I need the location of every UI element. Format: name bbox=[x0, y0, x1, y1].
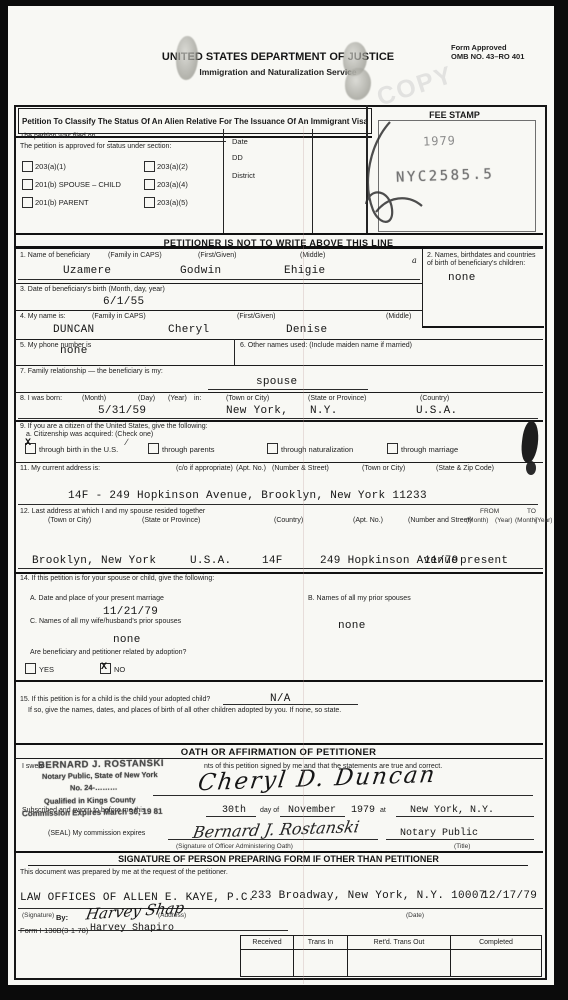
s15-top-border bbox=[14, 680, 543, 682]
checkbox-203a1 bbox=[22, 161, 33, 172]
subscribed-year: 1979 bbox=[351, 805, 375, 816]
routing-received-cell bbox=[241, 950, 294, 976]
checkbox-marriage bbox=[387, 443, 398, 454]
spouse-prior-spouses-value: none bbox=[113, 634, 141, 646]
zip-header: (State & Zip Code) bbox=[436, 465, 494, 472]
notary-stamp-line3: No. 24-……… bbox=[70, 783, 118, 793]
checkbox-203a4 bbox=[144, 179, 155, 190]
beneficiary-middle-value: Ehigie bbox=[284, 265, 325, 277]
form-title: Petition To Classify The Status Of An Al… bbox=[22, 117, 368, 126]
born-date-value: 5/31/59 bbox=[98, 405, 146, 417]
day-of-label: day of bbox=[260, 807, 279, 814]
checkbox-birth-us-label: through birth in the U.S. bbox=[39, 445, 118, 454]
checkbox-naturalization-label: through naturalization bbox=[281, 445, 353, 454]
beneficiary-given-header: (First/Given) bbox=[198, 252, 237, 259]
born-label: 8. I was born: bbox=[20, 395, 62, 402]
born-state-header: (State or Province) bbox=[308, 395, 366, 402]
citizen-label: 9. If you are a citizen of the United St… bbox=[20, 423, 208, 430]
officer-signature-line bbox=[168, 839, 378, 840]
current-address-value: 14F - 249 Hopkinson Avenue, Brooklyn, Ne… bbox=[68, 490, 427, 502]
agency-title: UNITED STATES DEPARTMENT OF JUSTICE bbox=[118, 51, 438, 63]
form-title-box: Petition To Classify The Status Of An Al… bbox=[18, 108, 372, 134]
notary-stamp-name: BERNARD J. ROSTANSKI bbox=[38, 758, 164, 771]
officer-title-caption: (Title) bbox=[454, 843, 470, 850]
from-year-header: (Year) bbox=[495, 517, 512, 524]
checkbox-203a5 bbox=[144, 197, 155, 208]
checkbox-203a4-label: 203(a)(4) bbox=[157, 180, 188, 189]
fee-stamp-year: 1979 bbox=[423, 133, 456, 148]
born-month-header: (Month) bbox=[82, 395, 106, 402]
checkbox-birth-us: X bbox=[25, 443, 36, 454]
beneficiary-family-value: Uzamere bbox=[63, 265, 111, 277]
s12-street-header: (Number and Street) bbox=[408, 517, 472, 524]
approved-under-label: The petition is approved for status unde… bbox=[20, 143, 171, 150]
born-city-header: (Town or City) bbox=[226, 395, 269, 402]
routing-completed-cell bbox=[451, 950, 541, 976]
s12-city-value: Brooklyn, New York bbox=[32, 555, 156, 567]
dd-label: DD bbox=[232, 153, 243, 162]
signature-caption: (Signature) bbox=[22, 912, 54, 919]
spouse-prior-spouses-label: C. Names of all my wife/husband's prior … bbox=[30, 618, 181, 625]
address-caption: (Address) bbox=[158, 912, 186, 919]
checkbox-203a2-label: 203(a)(2) bbox=[157, 162, 188, 171]
s12-country-value: U.S.A. bbox=[190, 555, 231, 567]
checkbox-marriage-label: through marriage bbox=[401, 445, 458, 454]
beneficiary-name-label: 1. Name of beneficiary bbox=[20, 252, 90, 259]
form-page: Form Approved OMB NO. 43–RO 401 UNITED S… bbox=[8, 6, 554, 985]
petition-filed-on-label: The petition was filed on bbox=[20, 133, 96, 140]
checkbox-through-parents-label: through parents bbox=[162, 445, 215, 454]
firm-address: 233 Broadway, New York, N.Y. 10007 bbox=[251, 890, 486, 902]
checkbox-201b-parent bbox=[22, 197, 33, 208]
petitioner-given-header: (First/Given) bbox=[237, 313, 276, 320]
checkbox-through-parents bbox=[148, 443, 159, 454]
petitioner-name-label: 4. My name is: bbox=[20, 313, 66, 320]
born-in-label: in: bbox=[194, 395, 201, 402]
born-city-value: New York, bbox=[226, 405, 288, 417]
petitioner-family-value: DUNCAN bbox=[53, 324, 94, 336]
beneficiary-family-header: (Family in CAPS) bbox=[108, 252, 162, 259]
phone-value: none bbox=[60, 345, 88, 357]
petitioner-middle-header: (Middle) bbox=[386, 313, 411, 320]
routing-table-empty-row bbox=[241, 950, 541, 976]
beneficiary-birthdate-label: 3. Date of beneficiary's birth (Month, d… bbox=[20, 286, 165, 293]
admin-divider-2 bbox=[312, 129, 313, 233]
checkbox-203a1-label: 203(a)(1) bbox=[35, 162, 66, 171]
routing-trans-out-header: Ret'd. Trans Out bbox=[348, 936, 451, 949]
preparer-statement: This document was prepared by me at the … bbox=[20, 869, 228, 876]
tick-mark: ∕ bbox=[126, 437, 128, 447]
children-label: 2. Names, birthdates and countries of bi… bbox=[427, 252, 539, 268]
subscribed-month: November bbox=[288, 805, 336, 816]
oath-title: OATH OR AFFIRMATION OF PETITIONER bbox=[14, 747, 543, 758]
preparation-date: 12/17/79 bbox=[482, 890, 537, 902]
omb-approval-block: Form Approved OMB NO. 43–RO 401 bbox=[451, 43, 546, 61]
s12-city-header: (Town or City) bbox=[48, 517, 91, 524]
s8-top-border bbox=[14, 392, 543, 393]
s5-top-border bbox=[14, 339, 543, 340]
subscribed-place: New York, N.Y. bbox=[410, 805, 494, 816]
marriage-date-value: 11/21/79 bbox=[103, 606, 158, 618]
checkbox-201b-spouse-child bbox=[22, 179, 33, 190]
co-header: (c/o if appropriate) bbox=[176, 465, 233, 472]
born-year-header: (Year) bbox=[168, 395, 187, 402]
admin-divider-1 bbox=[223, 129, 224, 233]
from-header: FROM bbox=[480, 508, 499, 515]
born-country-header: (Country) bbox=[420, 395, 449, 402]
stray-mark: a bbox=[412, 256, 417, 265]
s12-state-header: (State or Province) bbox=[142, 517, 200, 524]
beneficiary-birthdate-value: 6/1/55 bbox=[103, 296, 144, 308]
routing-received-header: Received bbox=[241, 936, 294, 949]
s12-apt-value: 14F bbox=[262, 555, 283, 567]
children-value: none bbox=[448, 272, 476, 284]
subscribed-day: 30th bbox=[222, 805, 246, 816]
routing-completed-header: Completed bbox=[451, 936, 541, 949]
routing-table-header-row: Received Trans In Ret'd. Trans Out Compl… bbox=[241, 936, 541, 950]
x-mark: X bbox=[25, 438, 31, 449]
scanned-document: Form Approved OMB NO. 43–RO 401 UNITED S… bbox=[0, 0, 568, 1000]
checkbox-naturalization bbox=[267, 443, 278, 454]
at-label: at bbox=[380, 807, 386, 814]
born-state-value: N.Y. bbox=[310, 405, 338, 417]
s7-top-border bbox=[14, 365, 543, 366]
petitioner-family-header: (Family in CAPS) bbox=[92, 313, 146, 320]
citizenship-acquired-label: a. Citizenship was acquired: (Check one) bbox=[26, 431, 153, 438]
preparer-title: SIGNATURE OF PERSON PREPARING FORM IF OT… bbox=[14, 854, 543, 864]
s3-top-border bbox=[14, 283, 422, 284]
adopted-child-instruction: If so, give the names, dates, and places… bbox=[28, 707, 341, 714]
routing-trans-out-cell bbox=[348, 950, 451, 976]
s1-answer-line bbox=[18, 279, 420, 280]
place-answer-line bbox=[396, 816, 534, 817]
street-header: (Number & Street) bbox=[272, 465, 329, 472]
s12-country-header: (Country) bbox=[274, 517, 303, 524]
to-year-header: (Year) bbox=[535, 517, 552, 524]
checkbox-203a5-label: 203(a)(5) bbox=[157, 198, 188, 207]
fee-stamp-code: NYC2585.5 bbox=[396, 166, 495, 185]
ink-blot-small bbox=[526, 461, 536, 475]
from-month-header: (Month) bbox=[466, 517, 488, 524]
officer-signature-caption: (Signature of Officer Administering Oath… bbox=[176, 843, 293, 850]
officer-title-value: Notary Public bbox=[400, 828, 478, 839]
petitioner-given-value: Cheryl bbox=[168, 324, 209, 336]
last-address-label: 12. Last address at which I and my spous… bbox=[20, 508, 205, 515]
s7-answer-line bbox=[208, 389, 368, 390]
form-number: Form I-130B(3-1-78) bbox=[20, 926, 88, 935]
oath-top-border bbox=[14, 743, 543, 745]
prior-spouses-value: none bbox=[338, 620, 366, 632]
date-label: Date bbox=[232, 137, 248, 146]
date-caption: (Date) bbox=[406, 912, 424, 919]
adoption-question: Are beneficiary and petitioner related b… bbox=[30, 649, 186, 656]
month-answer-line bbox=[280, 816, 345, 817]
apt-header: (Apt. No.) bbox=[236, 465, 266, 472]
agency-subtitle: Immigration and Naturalization Service bbox=[118, 67, 438, 77]
seal-commission-label: (SEAL) My commission expires bbox=[48, 830, 145, 837]
notary-stamp-line4: Qualified in Kings County bbox=[44, 795, 136, 806]
do-not-write-banner: PETITIONER IS NOT TO WRITE ABOVE THIS LI… bbox=[14, 233, 543, 249]
current-address-label: 11. My current address is: bbox=[20, 465, 100, 472]
preparer-top-border bbox=[14, 851, 543, 853]
by-label: By: bbox=[56, 913, 68, 922]
s12-from-value: 11/79 bbox=[424, 555, 459, 567]
form-approved-text: Form Approved bbox=[451, 43, 546, 52]
other-names-label: 6. Other names used: (Include maiden nam… bbox=[240, 342, 412, 349]
prior-spouses-label: B. Names of all my prior spouses bbox=[308, 595, 411, 602]
fold-line bbox=[303, 126, 304, 984]
s9-top-border bbox=[14, 420, 543, 422]
checkbox-adoption-no: X bbox=[100, 663, 111, 674]
checkbox-201b-spouse-child-label: 201(b) SPOUSE – CHILD bbox=[35, 180, 121, 189]
s14-top-border bbox=[14, 572, 543, 574]
adopted-child-question: 15. If this petition is for a child is t… bbox=[20, 696, 210, 703]
preparer-title-underline bbox=[28, 865, 528, 866]
s8-answer-line bbox=[18, 418, 538, 419]
beneficiary-given-value: Godwin bbox=[180, 265, 221, 277]
officer-title-line bbox=[386, 839, 534, 840]
day-answer-line bbox=[206, 816, 256, 817]
marriage-date-label: A. Date and place of your present marria… bbox=[30, 595, 164, 602]
spouse-child-label: 14. If this petition is for your spouse … bbox=[20, 575, 214, 582]
born-day-header: (Day) bbox=[138, 395, 155, 402]
routing-table: Received Trans In Ret'd. Trans Out Compl… bbox=[240, 935, 542, 977]
petitioner-signature-line bbox=[153, 795, 533, 796]
s15-answer-line bbox=[223, 704, 358, 705]
s11-top-border bbox=[14, 462, 543, 463]
s12-apt-header: (Apt. No.) bbox=[353, 517, 383, 524]
district-label: District bbox=[232, 171, 255, 180]
s12-answer-line bbox=[18, 568, 543, 569]
x-mark: X bbox=[101, 662, 107, 673]
petitioner-middle-value: Denise bbox=[286, 324, 327, 336]
relationship-value: spouse bbox=[256, 376, 297, 388]
to-header: TO bbox=[527, 508, 536, 515]
adoption-no-label: NO bbox=[114, 665, 125, 674]
s5-s6-divider bbox=[234, 339, 235, 365]
s4-top-border bbox=[14, 310, 422, 311]
relationship-label: 7. Family relationship — the beneficiary… bbox=[20, 368, 163, 375]
filed-on-blank-line bbox=[108, 141, 226, 142]
checkbox-adoption-yes bbox=[25, 663, 36, 674]
checkbox-203a2 bbox=[144, 161, 155, 172]
preparer-name-typed: Harvey Shapiro bbox=[90, 923, 174, 934]
ins-seal-icon-lower bbox=[345, 68, 371, 100]
born-country-value: U.S.A. bbox=[416, 405, 457, 417]
omb-number: OMB NO. 43–RO 401 bbox=[451, 52, 546, 61]
checkbox-201b-parent-label: 201(b) PARENT bbox=[35, 198, 89, 207]
s11-answer-line bbox=[18, 504, 538, 505]
s12-to-value: present bbox=[460, 555, 508, 567]
adoption-yes-label: YES bbox=[39, 665, 54, 674]
city-header: (Town or City) bbox=[362, 465, 405, 472]
